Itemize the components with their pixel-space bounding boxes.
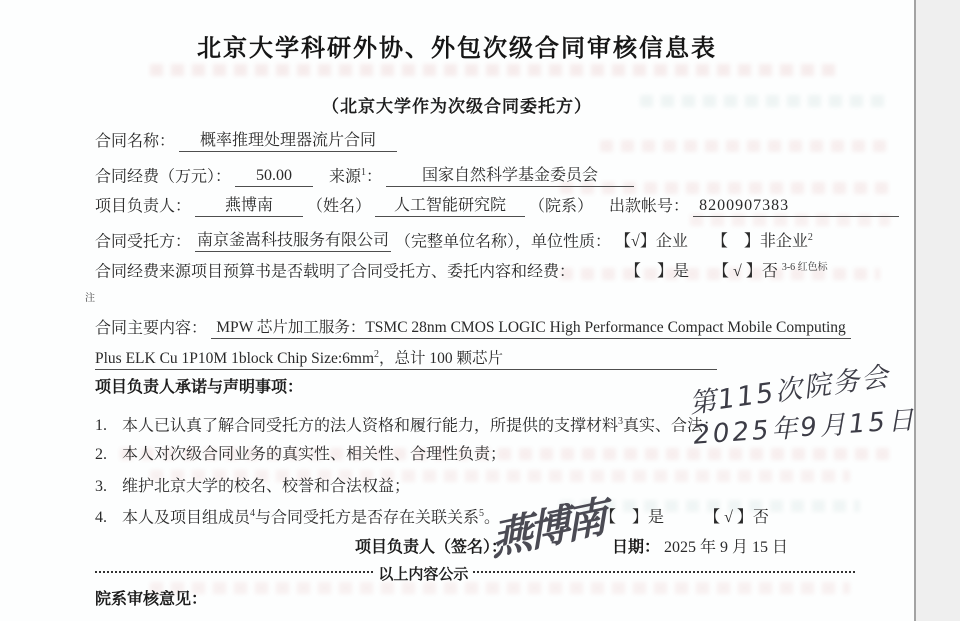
main-content-line1: MPW 芯片加工服务：TSMC 28nm CMOS LOGIC High Per…	[211, 318, 851, 339]
source-colon: ：	[366, 168, 382, 185]
dept-value: 人工智能研究院	[375, 196, 525, 217]
item-text: 本人及项目组成员	[122, 509, 250, 526]
signature-row: 项目负责人（签名）：	[355, 538, 507, 558]
review-header: 院系审核意见：	[95, 590, 207, 610]
main-content-line2: Plus ELK Cu 1P10M 1block Chip Size:6mm2，…	[95, 345, 717, 370]
scanned-form-page: 北京大学科研外协、外包次级合同审核信息表 （北京大学作为次级合同委托方） 合同名…	[0, 0, 916, 621]
checkbox-enterprise: 【√】企业	[615, 232, 688, 252]
budget-question-row: 合同经费来源项目预算书是否载明了合同受托方、委托内容和经费： 【 】是 【 √ …	[95, 258, 828, 282]
page-title: 北京大学科研外协、外包次级合同审核信息表	[0, 28, 914, 63]
date-value: 2025 年 9 月 15 日	[664, 539, 788, 556]
item-number: 1.	[95, 416, 122, 436]
bleedthrough-mark	[600, 140, 890, 152]
trustee-suffix: （完整单位名称），单位性质：	[395, 233, 611, 250]
contract-name-label: 合同名称：	[95, 133, 175, 150]
pi-signature-handwriting: 燕博南	[489, 484, 605, 568]
declaration-item-4: 4.本人及项目组成员4与合同受托方是否存在关联关系5。 【 】是 【 √ 】否	[95, 504, 769, 528]
dotted-leader	[95, 570, 373, 573]
pi-row: 项目负责人： 燕博南 （姓名） 人工智能研究院 （院系） 出款帐号： 82009…	[95, 196, 899, 217]
main-content-label: 合同主要内容：	[95, 320, 207, 337]
main-content-line2a: Plus ELK Cu 1P10M 1block Chip Size:6mm	[95, 350, 374, 367]
contract-name-value: 概率推理处理器流片合同	[179, 131, 397, 152]
pi-value: 燕博南	[195, 196, 303, 217]
non-enterprise-footnote-ref: 2	[808, 232, 813, 243]
main-content-line2b: ，总计 100 颗芯片	[379, 350, 503, 367]
item-number: 3.	[95, 477, 122, 497]
funding-row: 合同经费（万元）： 50.00 来源1： 国家自然科学基金委员会	[95, 163, 634, 187]
page-subtitle: （北京大学作为次级合同委托方）	[0, 92, 914, 117]
declaration-header: 项目负责人承诺与声明事项：	[95, 378, 303, 398]
funding-value: 50.00	[235, 166, 313, 187]
account-label: 出款帐号：	[609, 198, 689, 215]
declaration-item-2: 2.本人对次级合同业务的真实性、相关性、合理性负责；	[95, 445, 506, 465]
budget-footnote-ref-cont: 注	[85, 289, 95, 304]
main-content-row2: Plus ELK Cu 1P10M 1block Chip Size:6mm2，…	[95, 345, 717, 370]
trustee-value: 南京釜嵩科技服务有限公司	[195, 231, 391, 252]
dotted-leader	[473, 570, 855, 573]
declaration-item-1: 1.本人已认真了解合同受托方的法人资格和履行能力，所提供的支撑材料3真实、合法；	[95, 412, 719, 436]
checkbox-relation-yes: 【 】是	[600, 508, 664, 528]
pi-suffix: （姓名）	[307, 198, 371, 215]
item-text: 维护北京大学的校名、校誉和合法权益；	[122, 478, 410, 495]
public-notice-divider: 以上内容公示	[95, 563, 855, 584]
item-number: 4.	[95, 508, 122, 528]
declaration-item-3: 3.维护北京大学的校名、校誉和合法权益；	[95, 477, 410, 497]
item-text: 本人对次级合同业务的真实性、相关性、合理性负责；	[122, 446, 506, 463]
source-value: 国家自然科学基金委员会	[386, 166, 634, 187]
main-content-row: 合同主要内容： MPW 芯片加工服务：TSMC 28nm CMOS LOGIC …	[95, 318, 851, 339]
budget-question: 合同经费来源项目预算书是否载明了合同受托方、委托内容和经费：	[95, 263, 575, 280]
pi-label: 项目负责人：	[95, 198, 191, 215]
item-number: 2.	[95, 445, 122, 465]
date-row: 日期： 2025 年 9 月 15 日	[612, 538, 788, 558]
trustee-row: 合同受托方： 南京釜嵩科技服务有限公司 （完整单位名称），单位性质： 【√】企业…	[95, 228, 813, 252]
signature-label: 项目负责人（签名）：	[355, 539, 507, 556]
item-text: 与合同受托方是否存在关联关系	[255, 509, 479, 526]
bleedthrough-mark	[150, 64, 840, 76]
checkbox-budget-no: 【 √ 】否	[713, 262, 778, 282]
source-label: 来源	[329, 168, 361, 185]
public-notice-text: 以上内容公示	[373, 563, 473, 584]
trustee-label: 合同受托方：	[95, 233, 191, 250]
budget-footnote-ref: 3-6 红色标	[782, 262, 828, 273]
contract-name-row: 合同名称： 概率推理处理器流片合同	[95, 131, 397, 152]
funding-label: 合同经费（万元）：	[95, 168, 231, 185]
date-label: 日期：	[612, 539, 660, 556]
account-value: 8200907383	[693, 196, 899, 217]
dept-suffix: （院系）	[529, 198, 593, 215]
checkbox-relation-no: 【 √ 】否	[704, 508, 769, 528]
checkbox-non-enterprise: 【 】非企业	[712, 232, 808, 252]
checkbox-budget-yes: 【 】是	[625, 262, 689, 282]
item-text: 本人已认真了解合同受托方的法人资格和履行能力，所提供的支撑材料	[122, 417, 618, 434]
